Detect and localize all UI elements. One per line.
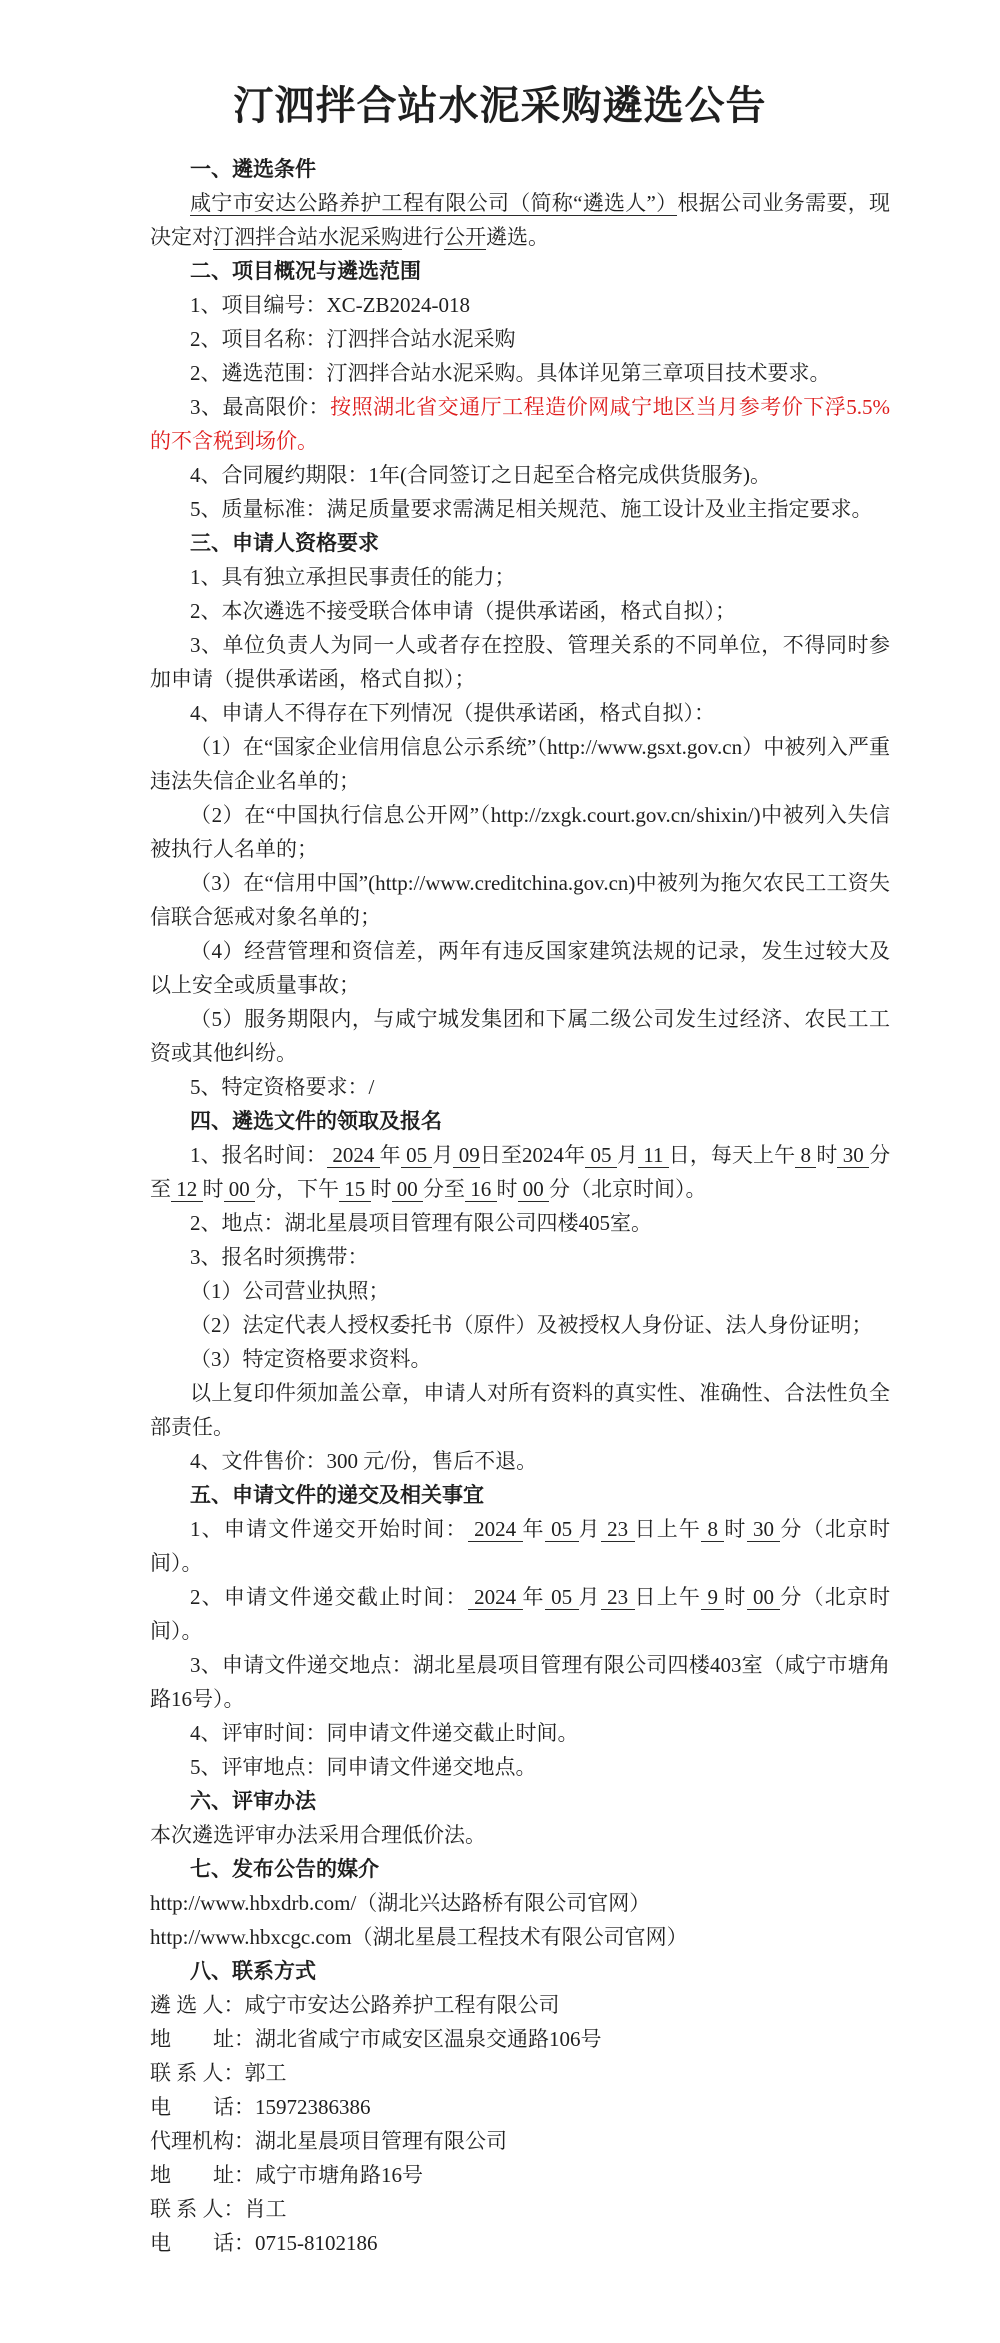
section-8-heading: 八、联系方式	[150, 1954, 890, 1988]
blank-hour: 15	[339, 1177, 371, 1202]
contact-selector-phone: 电 话：15972386386	[150, 2090, 890, 2124]
blank-day: 09	[453, 1143, 479, 1168]
text-run: 月	[579, 1585, 601, 1609]
review-place: 5、评审地点：同申请文件递交地点。	[150, 1750, 890, 1784]
text-run: 2、申请文件递交截止时间：	[190, 1585, 468, 1609]
contact-agency: 代理机构：湖北星晨项目管理有限公司	[150, 2124, 890, 2158]
text-run: 时	[724, 1517, 746, 1541]
blank-month: 05	[545, 1517, 579, 1542]
max-price-label: 3、最高限价：	[190, 395, 330, 419]
blank-hour: 9	[701, 1585, 724, 1610]
blank-minute: 00	[747, 1585, 781, 1610]
submission-start-time: 1、申请文件递交开始时间： 2024 年 05 月 23 日上午 8 时 30 …	[150, 1512, 890, 1580]
blank-day: 23	[601, 1517, 635, 1542]
contact-selector: 遴 选 人：咸宁市安达公路养护工程有限公司	[150, 1988, 890, 2022]
qualification-item-4-4: （4）经营管理和资信差，两年有违反国家建筑法规的记录，发生过较大及以上安全或质量…	[150, 934, 890, 1002]
review-method: 本次遴选评审办法采用合理低价法。	[150, 1818, 890, 1852]
blank-day: 11	[638, 1143, 669, 1168]
text-run: 日至2024年	[480, 1143, 585, 1167]
text-run: 年	[523, 1585, 545, 1609]
copies-note: 以上复印件须加盖公章，申请人对所有资料的真实性、准确性、合法性负全部责任。	[150, 1376, 890, 1444]
announcement-link-2: http://www.hbxcgc.com（湖北星晨工程技术有限公司官网）	[150, 1920, 890, 1954]
item-contract-term: 4、合同履约期限：1年(合同签订之日起至合格完成供货服务)。	[150, 458, 890, 492]
text-run: 时	[371, 1177, 392, 1201]
text-run: 时	[724, 1585, 746, 1609]
text-run: 分至	[423, 1177, 465, 1201]
item-project-name: 2、项目名称：汀泗拌合站水泥采购	[150, 322, 890, 356]
contact-selector-person: 联 系 人：郭工	[150, 2056, 890, 2090]
item-project-number: 1、项目编号：XC-ZB2024-018	[150, 288, 890, 322]
bring-item-3: （3）特定资格要求资料。	[150, 1342, 890, 1376]
text-run: 月	[579, 1517, 601, 1541]
document-title: 汀泗拌合站水泥采购遴选公告	[0, 0, 1000, 130]
open-selection-underlined: 公开	[444, 225, 486, 250]
text-run: 时	[203, 1177, 224, 1201]
bring-item-2: （2）法定代表人授权委托书（原件）及被授权人身份证、法人身份证明；	[150, 1308, 890, 1342]
item-quality-standard: 5、质量标准：满足质量要求需满足相关规范、施工设计及业主指定要求。	[150, 492, 890, 526]
contact-agency-person: 联 系 人：肖工	[150, 2192, 890, 2226]
item-max-price: 3、最高限价：按照湖北省交通厅工程造价网咸宁地区当月参考价下浮5.5%的不含税到…	[150, 390, 890, 458]
blank-month: 05	[401, 1143, 433, 1168]
bring-item-1: （1）公司营业执照；	[150, 1274, 890, 1308]
document-body: 一、遴选条件 咸宁市安达公路养护工程有限公司（简称“遴选人”）根据公司业务需要，…	[0, 130, 1000, 2260]
text-run: 时	[497, 1177, 518, 1201]
blank-hour: 8	[795, 1143, 816, 1168]
text-run: 时	[816, 1143, 837, 1167]
blank-hour: 12	[171, 1177, 203, 1202]
registration-bring: 3、报名时须携带：	[150, 1240, 890, 1274]
text-run: 进行	[402, 225, 444, 249]
project-name-underlined: 汀泗拌合站水泥采购	[213, 225, 402, 250]
qualification-item-5: 5、特定资格要求：/	[150, 1070, 890, 1104]
blank-month: 05	[585, 1143, 617, 1168]
text-run: 年	[380, 1143, 401, 1167]
text-run: 分（北京时间）。	[549, 1177, 707, 1201]
text-run: 年	[523, 1517, 545, 1541]
section-2-heading: 二、项目概况与遴选范围	[150, 254, 890, 288]
section-3-heading: 三、申请人资格要求	[150, 526, 890, 560]
blank-day: 23	[601, 1585, 635, 1610]
blank-minute: 00	[392, 1177, 424, 1202]
text-run: 月	[617, 1143, 638, 1167]
document-price: 4、文件售价：300 元/份，售后不退。	[150, 1444, 890, 1478]
text-run: 遴选。	[486, 225, 549, 249]
registration-time: 1、报名时间： 2024 年 05 月 09日至2024年 05 月 11 日，…	[150, 1138, 890, 1206]
text-run: 日上午	[635, 1517, 702, 1541]
intro-paragraph: 咸宁市安达公路养护工程有限公司（简称“遴选人”）根据公司业务需要，现决定对汀泗拌…	[150, 186, 890, 254]
qualification-item-4-1: （1）在“国家企业信用信息公示系统”（http://www.gsxt.gov.c…	[150, 730, 890, 798]
announcement-link-1: http://www.hbxdrb.com/（湖北兴达路桥有限公司官网）	[150, 1886, 890, 1920]
blank-minute: 30	[837, 1143, 869, 1168]
text-run: 1、申请文件递交开始时间：	[190, 1517, 468, 1541]
qualification-item-1: 1、具有独立承担民事责任的能力；	[150, 560, 890, 594]
blank-minute: 00	[224, 1177, 256, 1202]
registration-place: 2、地点：湖北星晨项目管理有限公司四楼405室。	[150, 1206, 890, 1240]
text-run: 月	[432, 1143, 453, 1167]
submission-place: 3、申请文件递交地点：湖北星晨项目管理有限公司四楼403室（咸宁市塘角路16号）…	[150, 1648, 890, 1716]
text-run: 1、报名时间：	[190, 1143, 327, 1167]
submission-deadline: 2、申请文件递交截止时间： 2024 年 05 月 23 日上午 9 时 00 …	[150, 1580, 890, 1648]
qualification-item-4: 4、申请人不得存在下列情况（提供承诺函，格式自拟）：	[150, 696, 890, 730]
qualification-item-2: 2、本次遴选不接受联合体申请（提供承诺函，格式自拟）；	[150, 594, 890, 628]
blank-minute: 00	[518, 1177, 550, 1202]
announcement-document: 汀泗拌合站水泥采购遴选公告 一、遴选条件 咸宁市安达公路养护工程有限公司（简称“…	[0, 0, 1000, 2343]
text-run: 分，下午	[255, 1177, 339, 1201]
text-run: 日，每天上午	[669, 1143, 795, 1167]
contact-selector-address: 地 址：湖北省咸宁市咸安区温泉交通路106号	[150, 2022, 890, 2056]
blank-minute: 30	[747, 1517, 781, 1542]
blank-hour: 16	[465, 1177, 497, 1202]
section-4-heading: 四、遴选文件的领取及报名	[150, 1104, 890, 1138]
contact-agency-phone: 电 话：0715-8102186	[150, 2226, 890, 2260]
section-7-heading: 七、发布公告的媒介	[150, 1852, 890, 1886]
section-5-heading: 五、申请文件的递交及相关事宜	[150, 1478, 890, 1512]
contact-agency-address: 地 址：咸宁市塘角路16号	[150, 2158, 890, 2192]
blank-hour: 8	[701, 1517, 724, 1542]
qualification-item-4-2: （2）在“中国执行信息公开网”（http://zxgk.court.gov.cn…	[150, 798, 890, 866]
review-time: 4、评审时间：同申请文件递交截止时间。	[150, 1716, 890, 1750]
blank-year: 2024	[468, 1517, 523, 1542]
section-6-heading: 六、评审办法	[150, 1784, 890, 1818]
blank-year: 2024	[327, 1143, 380, 1168]
section-1-heading: 一、遴选条件	[150, 152, 890, 186]
text-run: 日上午	[635, 1585, 702, 1609]
blank-month: 05	[545, 1585, 579, 1610]
qualification-item-3: 3、单位负责人为同一人或者存在控股、管理关系的不同单位，不得同时参加申请（提供承…	[150, 628, 890, 696]
qualification-item-4-5: （5）服务期限内，与咸宁城发集团和下属二级公司发生过经济、农民工工资或其他纠纷。	[150, 1002, 890, 1070]
blank-year: 2024	[468, 1585, 523, 1610]
selector-company-underlined: 咸宁市安达公路养护工程有限公司（简称“遴选人”）	[190, 191, 677, 216]
item-selection-scope: 2、遴选范围：汀泗拌合站水泥采购。具体详见第三章项目技术要求。	[150, 356, 890, 390]
qualification-item-4-3: （3）在“信用中国”(http://www.creditchina.gov.cn…	[150, 866, 890, 934]
